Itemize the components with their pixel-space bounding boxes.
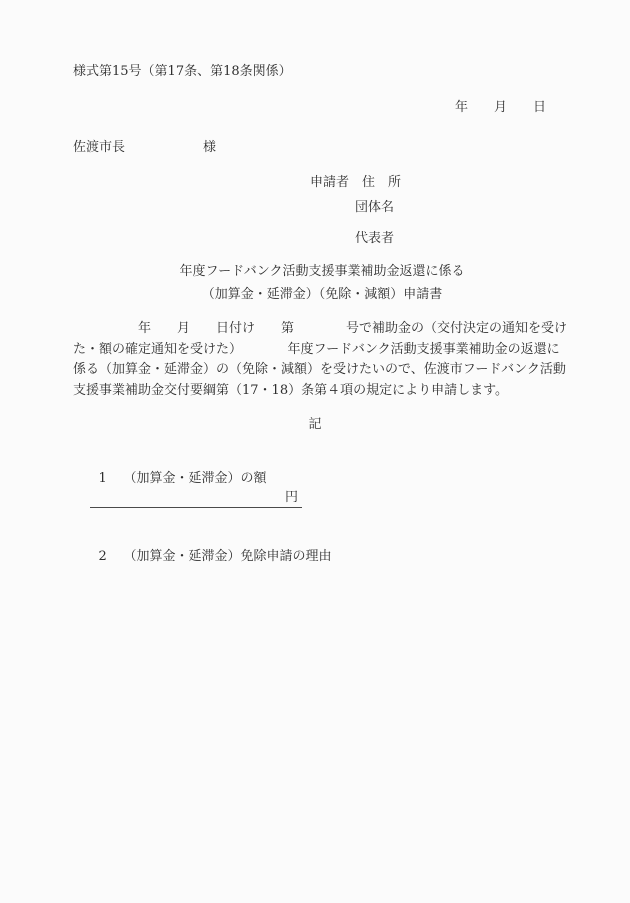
document-title-line-1: 年度フードバンク活動支援事業補助金返還に係る <box>14 264 630 280</box>
form-number: 様式第15号（第17条、第18条関係） <box>73 64 292 80</box>
notation-ki: 記 <box>0 417 630 433</box>
item-2-label: （加算金・延滞金）免除申請の理由 <box>124 549 332 564</box>
application-form-page: 様式第15号（第17条、第18条関係） 年 月 日 佐渡市長 様 申請者 住 所… <box>0 0 630 903</box>
item-2-number: 2 <box>99 549 124 565</box>
document-title-line-2: （加算金・延滞金）（免除・減額）申請書 <box>14 287 630 303</box>
addressee-line: 佐渡市長 様 <box>73 140 216 156</box>
date-field: 年 月 日 <box>455 100 546 116</box>
amount-fill-in-line: 円 <box>90 489 302 508</box>
representative-label: 代表者 <box>355 231 394 247</box>
organization-name-label: 団体名 <box>355 200 394 216</box>
item-1-number: 1 <box>99 471 124 487</box>
applicant-address-line: 申請者 住 所 <box>310 175 401 191</box>
item-1-label: （加算金・延滞金）の額 <box>124 471 267 486</box>
body-paragraph: 年 月 日付け 第 号で補助金の（交付決定の通知を受け た・額の確定通知を受けた… <box>73 319 573 402</box>
amount-unit-label: 円 <box>285 490 298 505</box>
item-2: 2（加算金・延滞金）免除申請の理由 <box>82 533 332 581</box>
